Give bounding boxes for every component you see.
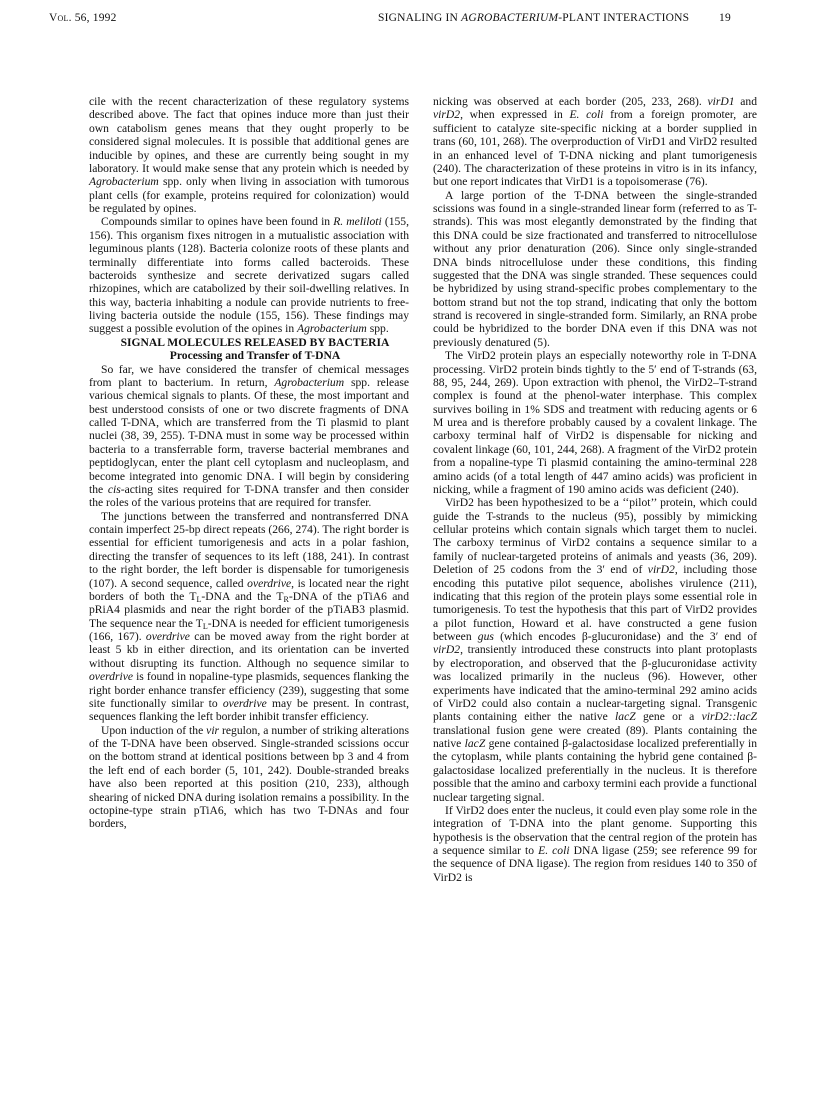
subsection-heading: Processing and Transfer of T-DNA	[89, 349, 409, 362]
paragraph: A large portion of the T-DNA between the…	[433, 189, 757, 350]
paragraph: The VirD2 protein plays an especially no…	[433, 349, 757, 496]
page-number: 19	[719, 12, 731, 24]
paragraph: VirD2 has been hypothesized to be a ‘‘pi…	[433, 496, 757, 804]
left-column: cile with the recent characterization of…	[89, 95, 409, 831]
paragraph: cile with the recent characterization of…	[89, 95, 409, 215]
paragraph: So far, we have considered the transfer …	[89, 363, 409, 510]
paragraph: The junctions between the transferred an…	[89, 510, 409, 724]
paragraph: nicking was observed at each border (205…	[433, 95, 757, 189]
running-header: Vol. 56, 1992 SIGNALING IN AGROBACTERIUM…	[0, 12, 816, 28]
paragraph: If VirD2 does enter the nucleus, it coul…	[433, 804, 757, 884]
right-column: nicking was observed at each border (205…	[433, 95, 757, 884]
paragraph: Compounds similar to opines have been fo…	[89, 215, 409, 335]
paragraph: Upon induction of the vir regulon, a num…	[89, 724, 409, 831]
running-title: SIGNALING IN AGROBACTERIUM-PLANT INTERAC…	[378, 12, 689, 24]
volume-info: Vol. 56, 1992	[49, 12, 117, 24]
section-heading: SIGNAL MOLECULES RELEASED BY BACTERIA	[89, 336, 409, 349]
